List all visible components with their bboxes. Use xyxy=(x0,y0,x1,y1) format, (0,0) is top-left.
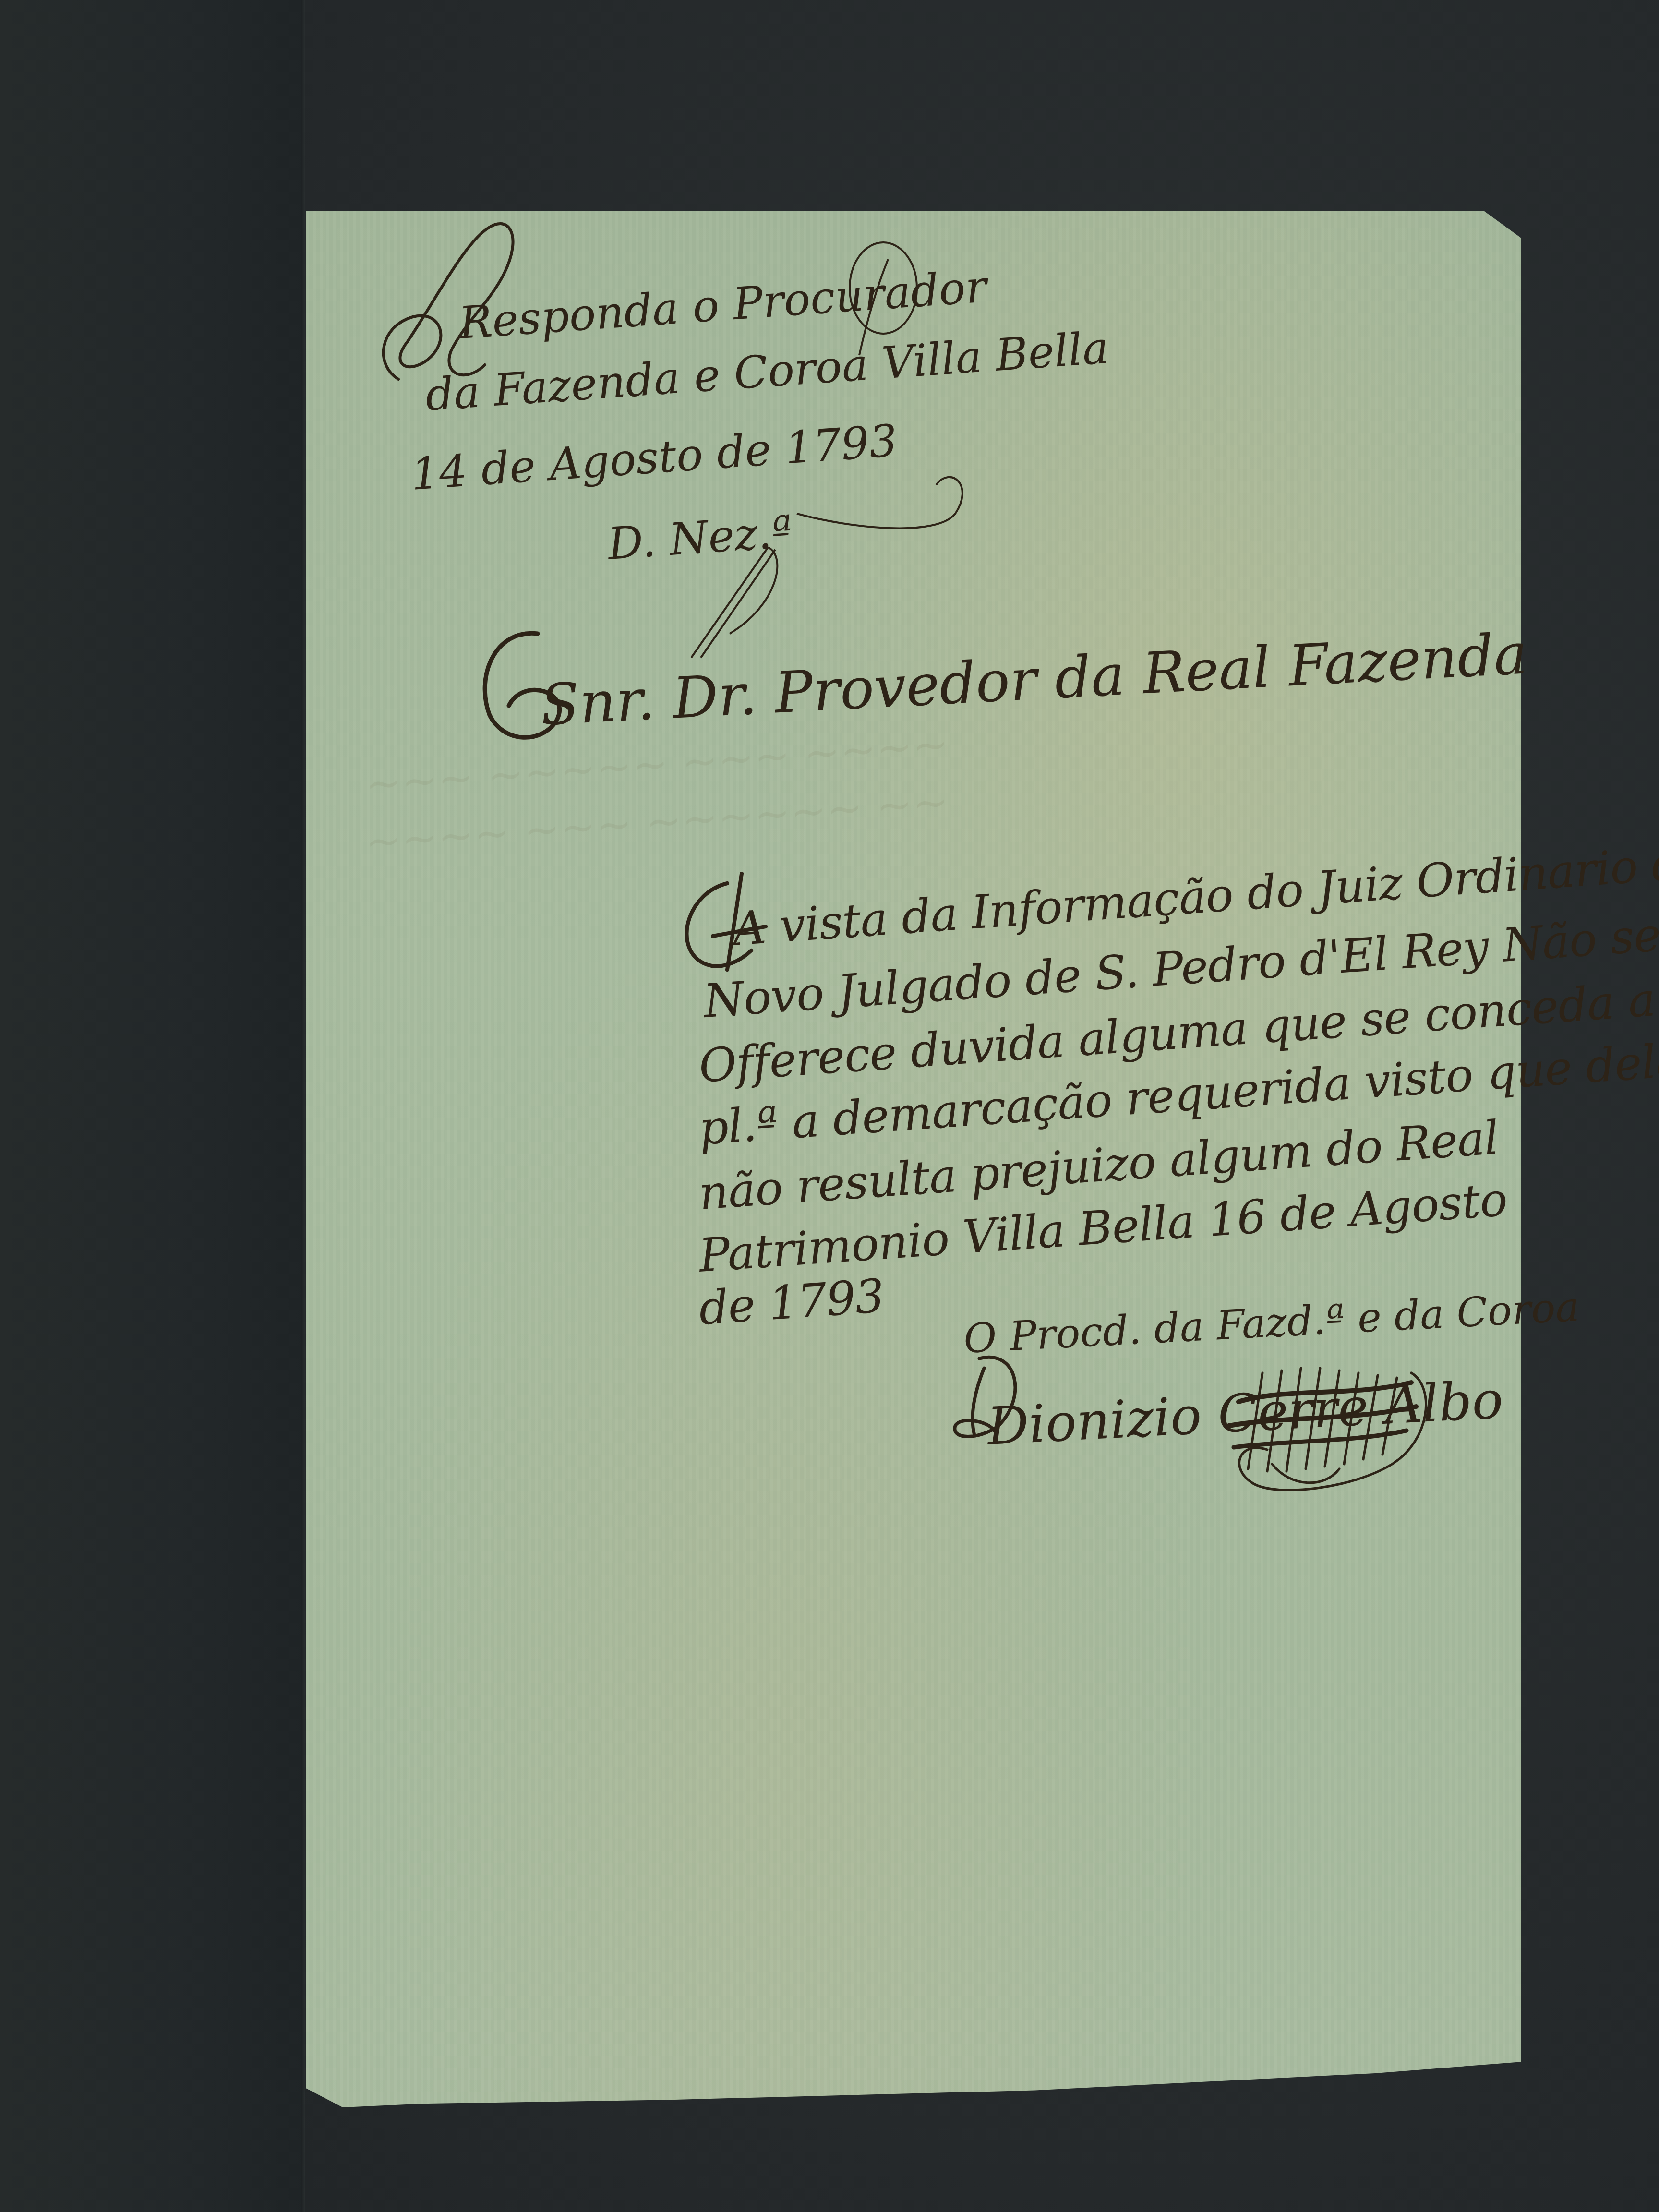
background-cloth-left xyxy=(0,0,302,2212)
header-signature-paraph xyxy=(672,538,797,662)
cloth-fold-seam xyxy=(301,0,305,2212)
header-underline-flourish xyxy=(792,456,984,552)
signature-paraph-crosshatch xyxy=(1210,1344,1435,1507)
